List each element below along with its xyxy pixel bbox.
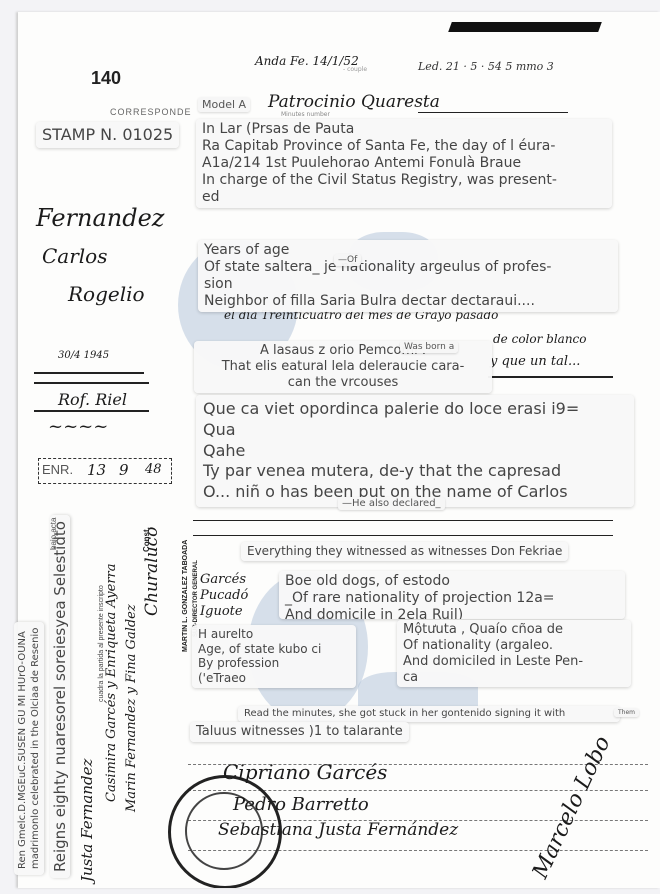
bajo-acta: bajo acta [43,518,61,550]
rule [418,112,568,113]
vertical-line-1: Ren Gmelc.D.MGEuC.SUSEN GU MI HUrO-OUNA [17,631,28,869]
rule [488,376,613,378]
margin-note-date: 30/4 1945 [58,350,109,361]
side-signature-1: Justa Fernandez [78,759,97,882]
page-number: 140 [91,68,121,89]
vertical-line-2: madrimonlo celebrated in the Olciaa de R… [30,628,41,869]
stamp-overlay: STAMP N. 01025 [36,122,179,148]
rule [34,372,144,374]
margin-name-second: Rogelio [68,282,145,306]
margin-name-surname: Fernandez [36,204,164,232]
rule [34,410,149,412]
margin-note-signature: ~~~~ [48,416,108,437]
header-printed: CORRESPONDE [110,107,192,117]
of-tag: —Of [334,254,361,266]
read-minutes-line: Read the minutes, she got stuck in her g… [238,706,620,722]
born-tag: Was born a [400,341,458,353]
rule [193,520,613,521]
handwriting-color: de color blanco [493,332,587,346]
top-right-note: Led. 21 · 5 · 54 5 mmo 3 [418,60,554,73]
witness-hand-3: Iguote [200,604,243,619]
vertical-overlay-2: Reigns eighty nuaresorel soreiesyea Sele… [50,515,70,878]
enr-label: ENR. [42,462,73,477]
minutes-label: Minutes number [277,110,334,119]
overlay-block-6: H aurelto Age, of state kubo ci By profe… [192,625,356,688]
couple-label: - couple [339,65,371,74]
enr-box: ENR. 13 9 48 [38,458,172,484]
overlay-block-1: In Lar (Prsas de Pauta Ra Capitab Provin… [196,119,612,208]
witness-hand-2: Pucadó [200,588,248,603]
bottom-signature-2: Pedro Barretto [233,794,369,815]
them-tag: Them [614,708,639,717]
rule [193,535,613,536]
enr-month: 9 [119,461,129,479]
margin-name-first: Carlos [42,244,108,268]
witnessed-line: Everything they witnessed as witnesses D… [241,542,568,561]
top-signature: Patrocinio Quaresta [268,92,440,112]
bottom-signature-3: Sebastiana Justa Fernández [218,820,458,840]
bottom-right-signature: Marcelo Lobo [528,732,616,882]
side-printed: cuadra la partida al presente inscripto [90,585,108,702]
taluus-line: Taluus witnesses )1 to talarante [190,722,409,742]
enr-number: 13 [87,461,106,479]
side-signature-3: Marin Fernandez y Fina Galdez [122,604,140,812]
overlay-block-2: Years of age Of state saltera_ je nation… [198,240,618,312]
overlay-block-5: Boe old dogs, of estodo _Of rare nationa… [279,571,625,619]
bottom-signature-1: Cipriano Garcés [223,760,387,784]
witness-hand-1: Garcés [200,572,246,587]
handwriting-misc: y que un tal... [490,354,580,369]
model-label: Model A [198,97,250,112]
rule [34,382,149,384]
margin-note-name: Rof. Riel [58,390,127,409]
side-signature-vertical: Churaluco [142,527,162,616]
overlay-block-7: Mộtưuta , Quaío cñoa de Of nationality (… [397,620,631,687]
overlay-block-4: Que ca viet opordinca palerie do loce er… [196,395,634,507]
declared-tag: —He also declared_ [338,497,445,510]
scan-edge-shadow [448,22,602,32]
enr-year: 48 [145,462,162,477]
vertical-overlay-1: Ren Gmelc.D.MGEuC.SUSEN GU MI HUrO-OUNAm… [14,622,44,875]
